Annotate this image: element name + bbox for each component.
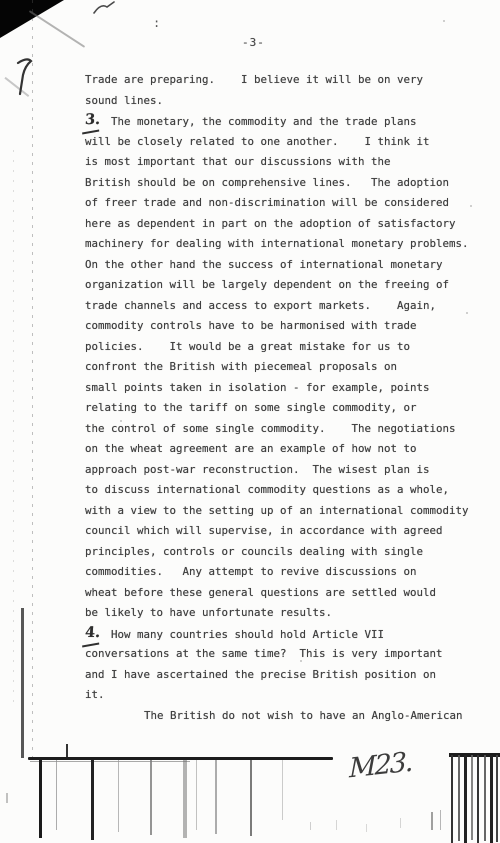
paper-fold-line bbox=[13, 150, 14, 710]
text-line: On the other hand the success of interna… bbox=[85, 255, 469, 276]
text-line: confront the British with piecemeal prop… bbox=[85, 357, 469, 378]
text-line-content: trade channels and access to export mark… bbox=[85, 299, 436, 312]
text-line-content: on the wheat agreement are an example of… bbox=[85, 442, 417, 455]
paper-speck bbox=[466, 312, 468, 314]
text-line-content: Trade are preparing. I believe it will b… bbox=[85, 73, 423, 86]
document-text-block: Trade are preparing. I believe it will b… bbox=[85, 70, 469, 726]
text-line: council which will supervise, in accorda… bbox=[85, 521, 469, 542]
scan-scratch-line bbox=[29, 10, 85, 48]
scan-vertical-line bbox=[400, 818, 401, 828]
paper-speck bbox=[120, 420, 122, 422]
text-line-content: sound lines. bbox=[85, 94, 163, 107]
text-line-content: approach post-war reconstruction. The wi… bbox=[85, 463, 430, 476]
text-line: sound lines. bbox=[85, 91, 469, 112]
text-line-content: relating to the tariff on some single co… bbox=[85, 401, 417, 414]
text-line: to discuss international commodity quest… bbox=[85, 480, 469, 501]
text-line: The British do not wish to have an Anglo… bbox=[85, 706, 469, 727]
scan-vertical-line bbox=[282, 760, 283, 820]
paper-edge-line bbox=[21, 608, 24, 758]
text-line-content: small points taken in isolation - for ex… bbox=[85, 381, 430, 394]
text-line-content: of freer trade and non-discrimination wi… bbox=[85, 196, 449, 209]
scan-vertical-line bbox=[477, 755, 479, 843]
scan-vertical-line bbox=[366, 824, 367, 832]
scan-vertical-line bbox=[196, 760, 197, 830]
text-line: commodities. Any attempt to revive discu… bbox=[85, 562, 469, 583]
text-line: on the wheat agreement are an example of… bbox=[85, 439, 469, 460]
text-line-content: is most important that our discussions w… bbox=[85, 155, 391, 168]
text-line: 4.How many countries should hold Article… bbox=[85, 624, 469, 645]
text-line-content: wheat before these general questions are… bbox=[85, 586, 436, 599]
scan-vertical-line bbox=[431, 812, 433, 830]
text-line: of freer trade and non-discrimination wi… bbox=[85, 193, 469, 214]
text-line-content: with a view to the setting up of an inte… bbox=[85, 504, 469, 517]
text-line-content: conversations at the same time? This is … bbox=[85, 647, 443, 660]
paragraph-number: 4. bbox=[84, 623, 107, 644]
scan-vertical-line bbox=[118, 760, 119, 832]
scan-vertical-line bbox=[6, 793, 8, 803]
text-line-content: and I have ascertained the precise Briti… bbox=[85, 668, 436, 681]
text-line: wheat before these general questions are… bbox=[85, 583, 469, 604]
scan-vertical-line bbox=[464, 755, 467, 843]
text-line: trade channels and access to export mark… bbox=[85, 296, 469, 317]
scan-vertical-line bbox=[451, 755, 453, 843]
text-line-content: British should be on comprehensive lines… bbox=[85, 176, 449, 189]
scan-vertical-line bbox=[183, 760, 187, 838]
page-number: -3- bbox=[242, 36, 265, 49]
scan-vertical-line bbox=[440, 810, 441, 830]
text-line-content: confront the British with piecemeal prop… bbox=[85, 360, 397, 373]
text-line: conversations at the same time? This is … bbox=[85, 644, 469, 665]
pen-scribble-mark bbox=[14, 56, 36, 102]
text-line: organization will be largely dependent o… bbox=[85, 275, 469, 296]
text-line-content: principles, controls or councils dealing… bbox=[85, 545, 423, 558]
text-line: and I have ascertained the precise Briti… bbox=[85, 665, 469, 686]
scan-vertical-line bbox=[484, 755, 486, 841]
scan-bottom-edge-shadow bbox=[30, 761, 190, 762]
scan-edge-tick bbox=[66, 744, 68, 757]
scan-vertical-line bbox=[490, 755, 493, 843]
text-line: here as dependent in part on the adoptio… bbox=[85, 214, 469, 235]
text-line: British should be on comprehensive lines… bbox=[85, 173, 469, 194]
text-line-content: will be closely related to one another. … bbox=[85, 135, 430, 148]
text-line-content: On the other hand the success of interna… bbox=[85, 258, 443, 271]
text-line: is most important that our discussions w… bbox=[85, 152, 469, 173]
text-line-content: policies. It would be a great mistake fo… bbox=[85, 340, 410, 353]
text-line: will be closely related to one another. … bbox=[85, 132, 469, 153]
scan-vertical-line bbox=[215, 760, 217, 834]
scan-vertical-line bbox=[91, 760, 94, 840]
text-line-content: commodities. Any attempt to revive discu… bbox=[85, 565, 417, 578]
text-line: machinery for dealing with international… bbox=[85, 234, 469, 255]
text-line-content: organization will be largely dependent o… bbox=[85, 278, 449, 291]
paper-fold-line bbox=[32, 0, 33, 758]
scan-vertical-line bbox=[336, 820, 337, 830]
scan-vertical-line bbox=[496, 755, 498, 842]
text-line: it. bbox=[85, 685, 469, 706]
text-line-content: the control of some single commodity. Th… bbox=[85, 422, 456, 435]
text-line: Trade are preparing. I believe it will b… bbox=[85, 70, 469, 91]
paper-speck bbox=[300, 660, 302, 662]
paper-speck bbox=[443, 20, 445, 22]
scan-vertical-line bbox=[250, 760, 252, 836]
text-line-content: machinery for dealing with international… bbox=[85, 237, 469, 250]
text-line-content: it. bbox=[85, 688, 105, 701]
text-line: relating to the tariff on some single co… bbox=[85, 398, 469, 419]
handwritten-annotation: M23. bbox=[349, 747, 411, 785]
text-line-content: The monetary, the commodity and the trad… bbox=[111, 115, 417, 128]
scan-vertical-line bbox=[471, 755, 473, 840]
text-line-content: How many countries should hold Article V… bbox=[111, 628, 384, 641]
text-line: 3.The monetary, the commodity and the tr… bbox=[85, 111, 469, 132]
text-line-content: council which will supervise, in accorda… bbox=[85, 524, 443, 537]
text-line: with a view to the setting up of an inte… bbox=[85, 501, 469, 522]
scan-vertical-line bbox=[56, 760, 57, 830]
scan-vertical-line bbox=[39, 760, 42, 838]
scanned-document-page: : -3- Trade are preparing. I believe it … bbox=[0, 0, 500, 843]
stray-ink-mark: : bbox=[153, 16, 160, 30]
scan-vertical-line bbox=[310, 822, 311, 830]
text-line-content: here as dependent in part on the adoptio… bbox=[85, 217, 456, 230]
text-line-content: to discuss international commodity quest… bbox=[85, 483, 449, 496]
text-line: commodity controls have to be harmonised… bbox=[85, 316, 469, 337]
scan-vertical-line bbox=[150, 760, 152, 835]
scan-vertical-line bbox=[458, 755, 460, 841]
text-line-content: be likely to have unfortunate results. bbox=[85, 606, 332, 619]
text-line-content: The British do not wish to have an Anglo… bbox=[144, 709, 463, 722]
scan-bottom-edge-line bbox=[28, 757, 333, 760]
text-line-content: commodity controls have to be harmonised… bbox=[85, 319, 417, 332]
text-line: be likely to have unfortunate results. bbox=[85, 603, 469, 624]
text-line: approach post-war reconstruction. The wi… bbox=[85, 460, 469, 481]
paper-speck bbox=[470, 205, 472, 207]
paragraph-number: 3. bbox=[84, 110, 107, 131]
pen-squiggle-mark bbox=[92, 0, 118, 19]
text-line: policies. It would be a great mistake fo… bbox=[85, 337, 469, 358]
text-line: small points taken in isolation - for ex… bbox=[85, 378, 469, 399]
text-line: principles, controls or councils dealing… bbox=[85, 542, 469, 563]
text-line: the control of some single commodity. Th… bbox=[85, 419, 469, 440]
